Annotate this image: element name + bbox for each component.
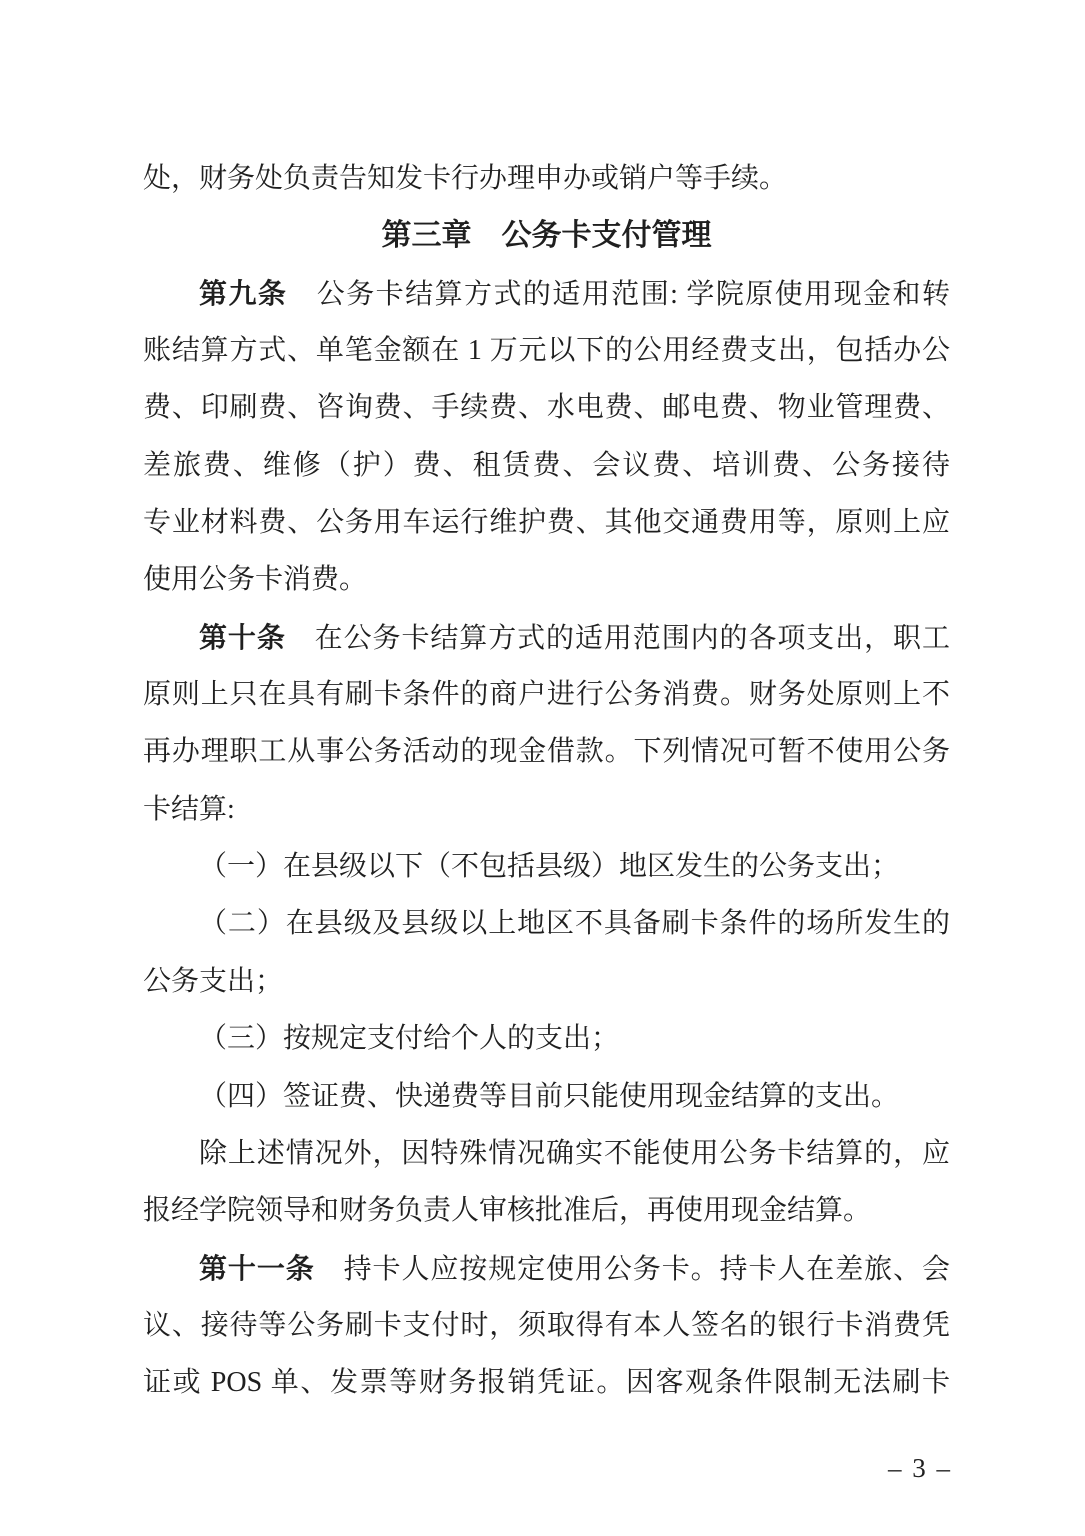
document-page: 处，财务处负责告知发卡行办理申办或销户等手续。 第三章 公务卡支付管理 第九条 … [0, 0, 1085, 1536]
article-number: 第九条 [199, 278, 287, 309]
line-text: 证或 POS 单、发票等财务报销凭证。因客观条件限制无法刷卡 [143, 1367, 950, 1398]
chapter-heading: 第三章 公务卡支付管理 [143, 207, 950, 264]
text-line: 再办理职工从事公务活动的现金借款。下列情况可暂不使用公务 [143, 723, 950, 780]
text-line: 议、接待等公务刷卡支付时，须取得有本人签名的银行卡消费凭 [143, 1297, 950, 1354]
text-line: 第十一条 持卡人应按规定使用公务卡。持卡人在差旅、会 [143, 1240, 950, 1297]
line-text: 再办理职工从事公务活动的现金借款。下列情况可暂不使用公务 [143, 736, 950, 767]
text-line: 报经学院领导和财务负责人审核批准后，再使用现金结算。 [143, 1182, 950, 1239]
line-text: 公务支出； [143, 966, 283, 997]
text-line: 卡结算: [143, 781, 950, 838]
line-text: 处，财务处负责告知发卡行办理申办或销户等手续。 [143, 163, 787, 194]
text-line: 账结算方式、单笔金额在 1 万元以下的公用经费支出，包括办公 [143, 322, 950, 379]
line-text: 专业材料费、公务用车运行维护费、其他交通费用等，原则上应 [143, 507, 950, 538]
line-text: 卡结算: [143, 794, 235, 825]
line-text: 费、印刷费、咨询费、手续费、水电费、邮电费、物业管理费、 [143, 392, 950, 423]
line-text: 使用公务卡消费。 [143, 564, 367, 595]
text-line: 公务支出； [143, 953, 950, 1010]
text-line: 差旅费、维修（护）费、租赁费、会议费、培训费、公务接待费、 [143, 437, 950, 494]
line-text: 账结算方式、单笔金额在 1 万元以下的公用经费支出，包括办公 [143, 335, 950, 366]
document-body: 处，财务处负责告知发卡行办理申办或销户等手续。 第三章 公务卡支付管理 第九条 … [143, 150, 950, 1412]
line-text: 差旅费、维修（护）费、租赁费、会议费、培训费、公务接待费、 [143, 450, 950, 494]
text-line: 专业材料费、公务用车运行维护费、其他交通费用等，原则上应 [143, 494, 950, 551]
text-line: 费、印刷费、咨询费、手续费、水电费、邮电费、物业管理费、 [143, 379, 950, 436]
text-line: 证或 POS 单、发票等财务报销凭证。因客观条件限制无法刷卡 [143, 1354, 950, 1411]
list-item-line: （一）在县级以下（不包括县级）地区发生的公务支出； [143, 838, 950, 895]
line-text: 议、接待等公务刷卡支付时，须取得有本人签名的银行卡消费凭 [143, 1310, 950, 1341]
line-text: 原则上只在具有刷卡条件的商户进行公务消费。财务处原则上不 [143, 679, 950, 710]
text-line: 除上述情况外，因特殊情况确实不能使用公务卡结算的，应 [143, 1125, 950, 1182]
line-text: 在公务卡结算方式的适用范围内的各项支出，职工 [286, 623, 950, 654]
article-number: 第十条 [199, 622, 286, 653]
chapter-heading-text: 第三章 公务卡支付管理 [382, 219, 712, 252]
text-line: 第九条 公务卡结算方式的适用范围: 学院原使用现金和转 [143, 265, 950, 322]
line-text: （二）在县级及县级以上地区不具备刷卡条件的场所发生的 [199, 908, 950, 939]
line-text: 除上述情况外，因特殊情况确实不能使用公务卡结算的，应 [199, 1138, 950, 1169]
line-text: （一）在县级以下（不包括县级）地区发生的公务支出； [199, 851, 899, 882]
text-line: 处，财务处负责告知发卡行办理申办或销户等手续。 [143, 150, 950, 207]
line-text: （三）按规定支付给个人的支出； [199, 1023, 619, 1054]
text-line: 使用公务卡消费。 [143, 551, 950, 608]
list-item-line: （四）签证费、快递费等目前只能使用现金结算的支出。 [143, 1068, 950, 1125]
list-item-line: （三）按规定支付给个人的支出； [143, 1010, 950, 1067]
list-item-line: （二）在县级及县级以上地区不具备刷卡条件的场所发生的 [143, 895, 950, 952]
article-number: 第十一条 [199, 1253, 315, 1284]
page-number: – 3 – [888, 1440, 952, 1497]
line-text: （四）签证费、快递费等目前只能使用现金结算的支出。 [199, 1081, 899, 1112]
text-line: 原则上只在具有刷卡条件的商户进行公务消费。财务处原则上不 [143, 666, 950, 723]
line-text: 持卡人应按规定使用公务卡。持卡人在差旅、会 [315, 1254, 950, 1285]
text-line: 第十条 在公务卡结算方式的适用范围内的各项支出，职工 [143, 609, 950, 666]
line-text: 公务卡结算方式的适用范围: 学院原使用现金和转 [287, 279, 950, 310]
line-text: 报经学院领导和财务负责人审核批准后，再使用现金结算。 [143, 1195, 871, 1226]
